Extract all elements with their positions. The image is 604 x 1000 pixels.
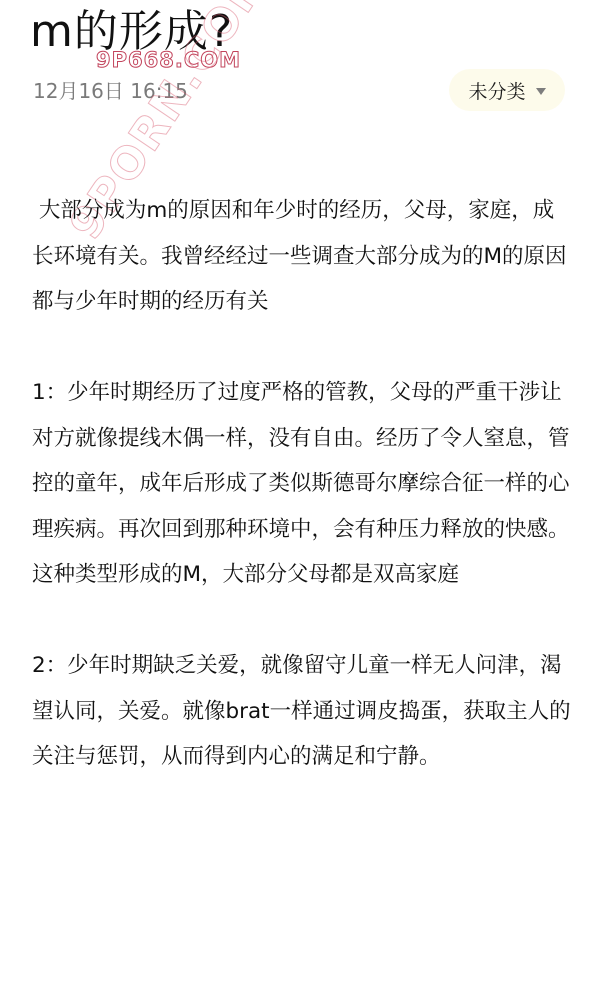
paragraph-point-1: 1：少年时期经历了过度严格的管教，父母的严重干涉让对方就像提线木偶一样，没有自由… bbox=[32, 370, 572, 598]
note-body[interactable]: 大部分成为m的原因和年少时的经历，父母，家庭，成长环境有关。我曾经经过一些调查大… bbox=[32, 188, 572, 780]
paragraph-intro: 大部分成为m的原因和年少时的经历，父母，家庭，成长环境有关。我曾经经过一些调查大… bbox=[32, 188, 572, 325]
note-date: 12月16日 16:15 bbox=[33, 78, 188, 104]
paragraph-spacer bbox=[32, 325, 572, 371]
watermark-top: 9P668.COM bbox=[96, 48, 241, 72]
paragraph-point-2: 2：少年时期缺乏关爱，就像留守儿童一样无人问津，渴望认同，关爱。就像brat一样… bbox=[32, 643, 572, 780]
chevron-down-icon bbox=[536, 88, 546, 95]
category-label: 未分类 bbox=[468, 77, 525, 104]
category-dropdown[interactable]: 未分类 bbox=[449, 69, 565, 111]
paragraph-spacer bbox=[32, 598, 572, 644]
